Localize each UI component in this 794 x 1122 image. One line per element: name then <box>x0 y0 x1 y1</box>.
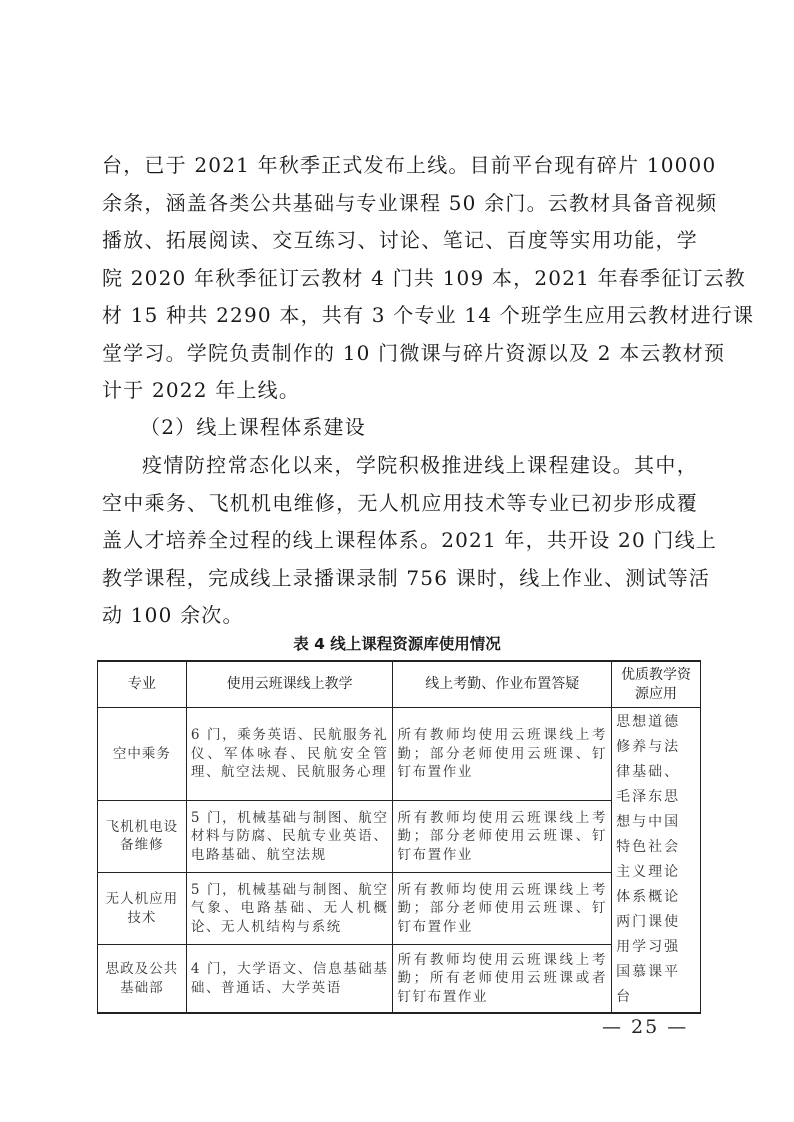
text-line: 材 15 种共 2290 本，共有 3 个专业 14 个班学生应用云教材进行课 <box>102 297 698 335</box>
text-line: 院 2020 年秋季征订云教材 4 门共 109 本，2021 年春季征订云教 <box>102 260 698 298</box>
text-line: 空中乘务、飞机机电维修，无人机应用技术等专业已初步形成覆 <box>102 485 698 523</box>
table-caption: 表 4 线上课程资源库使用情况 <box>0 632 794 654</box>
table-row: 飞机机电设备维修 5 门，机械基础与制图、航空材料与防腐、民航专业英语、电路基础… <box>98 800 701 872</box>
table-row: 思政及公共基础部 4 门，大学语文、信息基础基础、普通话、大学英语 所有教师均使… <box>98 945 701 1013</box>
table-header-row: 专业 使用云班课线上教学 线上考勤、作业布置答疑 优质教学资源应用 <box>98 661 701 708</box>
table-row: 空中乘务 6 门，乘务英语、民航服务礼仪、军体咏春、民航安全管理、航空法规、民航… <box>98 708 701 801</box>
header-attendance: 线上考勤、作业布置答疑 <box>393 661 612 708</box>
table-row: 无人机应用技术 5 门，机械基础与制图、航空气象、电路基础、无人机概论、无人机结… <box>98 873 701 945</box>
section-heading: （2）线上课程体系建设 <box>140 409 640 447</box>
cell-attendance: 所有教师均使用云班课线上考勤；部分老师使用云班课、钉钉布置作业 <box>393 708 612 801</box>
page-number: — 25 — <box>602 1016 688 1038</box>
text-line: 教学课程，完成线上录播课录制 756 课时，线上作业、测试等活 <box>102 560 698 598</box>
cell-attendance: 所有教师均使用云班课线上考勤；所有老师使用云班课或者钉钉布置作业 <box>393 945 612 1013</box>
paragraph-cloud-textbooks: 台，已于 2021 年秋季正式发布上线。目前平台现有碎片 10000 余条，涵盖… <box>102 147 698 410</box>
cell-attendance: 所有教师均使用云班课线上考勤；部分老师使用云班课、钉钉布置作业 <box>393 873 612 945</box>
cell-major: 思政及公共基础部 <box>98 945 187 1013</box>
header-quality-resources: 优质教学资源应用 <box>612 661 701 708</box>
cell-courses: 4 门，大学语文、信息基础基础、普通话、大学英语 <box>186 945 393 1013</box>
cell-courses: 6 门，乘务英语、民航服务礼仪、军体咏春、民航安全管理、航空法规、民航服务心理 <box>186 708 393 801</box>
cell-major: 空中乘务 <box>98 708 187 801</box>
cell-attendance: 所有教师均使用云班课线上考勤；部分老师使用云班课、钉钉布置作业 <box>393 800 612 872</box>
header-cloud-teaching: 使用云班课线上教学 <box>186 661 393 708</box>
text-line: 盖人才培养全过程的线上课程体系。2021 年，共开设 20 门线上 <box>102 522 698 560</box>
section-heading-text: （2）线上课程体系建设 <box>140 409 640 447</box>
text-line: 计于 2022 年上线。 <box>102 372 698 410</box>
text-line: 疫情防控常态化以来，学院积极推进线上课程建设。其中， <box>102 447 698 485</box>
cell-major: 无人机应用技术 <box>98 873 187 945</box>
header-major: 专业 <box>98 661 187 708</box>
resource-usage-table: 专业 使用云班课线上教学 线上考勤、作业布置答疑 优质教学资源应用 空中乘务 6… <box>97 660 701 1014</box>
cell-courses: 5 门，机械基础与制图、航空气象、电路基础、无人机概论、无人机结构与系统 <box>186 873 393 945</box>
text-line: 动 100 余次。 <box>102 597 698 635</box>
paragraph-online-courses: 疫情防控常态化以来，学院积极推进线上课程建设。其中， 空中乘务、飞机机电维修，无… <box>102 447 698 635</box>
cell-quality-resources: 思想道德修养与法律基础、毛泽东思想与中国特色社会主义理论体系概论两门课使用学习强… <box>612 708 701 1014</box>
text-line: 堂学习。学院负责制作的 10 门微课与碎片资源以及 2 本云教材预 <box>102 335 698 373</box>
text-line: 台，已于 2021 年秋季正式发布上线。目前平台现有碎片 10000 <box>102 147 698 185</box>
text-line: 播放、拓展阅读、交互练习、讨论、笔记、百度等实用功能，学 <box>102 222 698 260</box>
text-line: 余条，涵盖各类公共基础与专业课程 50 余门。云教材具备音视频 <box>102 185 698 223</box>
cell-major: 飞机机电设备维修 <box>98 800 187 872</box>
cell-courses: 5 门，机械基础与制图、航空材料与防腐、民航专业英语、电路基础、航空法规 <box>186 800 393 872</box>
